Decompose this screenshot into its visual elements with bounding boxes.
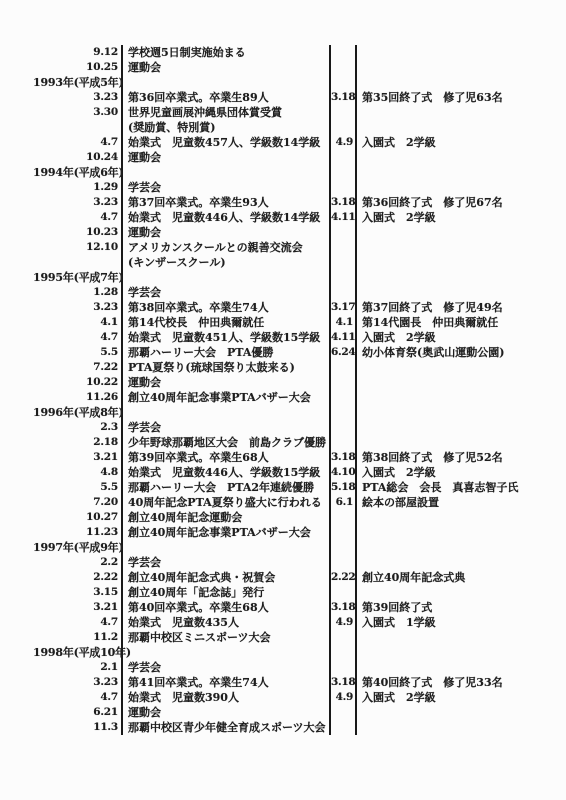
left-event-text: 始業式 児童数390人 (123, 690, 331, 705)
right-event-text (357, 255, 566, 270)
left-date-cell: 12.10 (0, 240, 123, 255)
right-date-cell (331, 525, 357, 540)
left-date-cell: 2.18 (0, 435, 123, 450)
right-date-cell (331, 120, 357, 135)
right-event-text (357, 585, 566, 600)
left-date-cell: 3.21 (0, 450, 123, 465)
right-date-cell (331, 585, 357, 600)
right-event-text: 第40回終了式 修了児33名 (357, 675, 566, 690)
right-date-cell (331, 285, 357, 300)
event-row: 11.2那覇中校区ミニスポーツ大会 (0, 630, 566, 645)
left-event-text: 第37回卒業式。卒業生93人 (123, 195, 331, 210)
left-date-cell (0, 120, 123, 135)
right-date-cell (331, 660, 357, 675)
left-date-cell: 2.2 (0, 555, 123, 570)
right-date-cell (331, 375, 357, 390)
right-date-cell (331, 555, 357, 570)
event-row: 3.23第36回卒業式。卒業生89人3.18第35回終了式 修了児63名 (0, 90, 566, 105)
right-event-text: 創立40周年記念式典 (357, 570, 566, 585)
left-event-text: 創立40周年記念運動会 (123, 510, 331, 525)
right-date-cell (331, 60, 357, 75)
event-row: 7.22PTA夏祭り(琉球国祭り太鼓来る) (0, 360, 566, 375)
right-event-text (357, 420, 566, 435)
right-event-text (357, 555, 566, 570)
right-event-text (357, 645, 566, 660)
left-event-text: 学芸会 (123, 555, 331, 570)
left-event-text: (奨励賞、特別賞) (123, 120, 331, 135)
event-row: 5.5那覇ハーリー大会 PTA2年連続優勝5.18PTA総会 会長 真喜志智子氏 (0, 480, 566, 495)
left-event-text: 那覇ハーリー大会 PTA2年連続優勝 (123, 480, 331, 495)
left-date-cell: 7.20 (0, 495, 123, 510)
event-row: 2.1学芸会 (0, 660, 566, 675)
left-event-text: 第36回卒業式。卒業生89人 (123, 90, 331, 105)
left-date-cell: 5.5 (0, 345, 123, 360)
right-date-cell: 4.11 (331, 330, 357, 345)
right-event-text (357, 375, 566, 390)
left-date-cell: 1.28 (0, 285, 123, 300)
left-event-text: 世界児童画展沖縄県団体賞受賞 (123, 105, 331, 120)
left-date-cell: 9.12 (0, 45, 123, 60)
right-event-text (357, 390, 566, 405)
event-row: 7.2040周年記念PTA夏祭り盛大に行われる6.1絵本の部屋設置 (0, 495, 566, 510)
right-event-text (357, 240, 566, 255)
right-event-text (357, 225, 566, 240)
right-date-cell: 4.9 (331, 135, 357, 150)
left-date-cell: 3.23 (0, 90, 123, 105)
event-row: 3.15創立40周年「記念誌」発行 (0, 585, 566, 600)
left-date-cell: 4.7 (0, 330, 123, 345)
left-event-text: 創立40周年記念式典・祝賀会 (123, 570, 331, 585)
right-event-text (357, 435, 566, 450)
right-date-cell: 2.22 (331, 570, 357, 585)
event-row: 3.21第39回卒業式。卒業生68人3.18第38回終了式 修了児52名 (0, 450, 566, 465)
event-row: 4.1第14代校長 仲田典爾就任4.1第14代園長 仲田典爾就任 (0, 315, 566, 330)
year-label: 1994年(平成6年) (0, 165, 123, 180)
right-date-cell: 6.24 (331, 345, 357, 360)
right-date-cell (331, 705, 357, 720)
right-event-text (357, 705, 566, 720)
left-date-cell: 11.3 (0, 720, 123, 735)
left-date-cell: 10.25 (0, 60, 123, 75)
event-row: 5.5那覇ハーリー大会 PTA優勝6.24幼小体育祭(奥武山運動公園) (0, 345, 566, 360)
year-header-row: 1995年(平成7年) (0, 270, 566, 285)
event-row: 12.10アメリカンスクールとの親善交流会 (0, 240, 566, 255)
year-label: 1993年(平成5年) (0, 75, 123, 90)
event-row: 4.7始業式 児童数457人、学級数14学級4.9入園式 2学級 (0, 135, 566, 150)
event-row: 1.28学芸会 (0, 285, 566, 300)
left-date-cell: 7.22 (0, 360, 123, 375)
right-event-text: 入園式 2学級 (357, 210, 566, 225)
left-date-cell: 3.23 (0, 300, 123, 315)
event-row: 3.23第37回卒業式。卒業生93人3.18第36回終了式 修了児67名 (0, 195, 566, 210)
left-event-text: 第14代校長 仲田典爾就任 (123, 315, 331, 330)
left-event-text: 学芸会 (123, 660, 331, 675)
left-date-cell: 10.24 (0, 150, 123, 165)
right-event-text (357, 630, 566, 645)
left-event-text: 運動会 (123, 375, 331, 390)
year-header-row: 1996年(平成8年) (0, 405, 566, 420)
left-date-cell: 4.7 (0, 135, 123, 150)
left-event-text: 運動会 (123, 705, 331, 720)
right-date-cell (331, 75, 357, 90)
left-event-text: 始業式 児童数451人、学級数15学級 (123, 330, 331, 345)
left-event-text: 運動会 (123, 225, 331, 240)
right-event-text: 第36回終了式 修了児67名 (357, 195, 566, 210)
right-date-cell (331, 540, 357, 555)
right-date-cell: 3.18 (331, 90, 357, 105)
left-event-text: 始業式 児童数446人、学級数15学級 (123, 465, 331, 480)
left-date-cell: 4.7 (0, 615, 123, 630)
left-event-text: 運動会 (123, 60, 331, 75)
event-row: (キンザースクール) (0, 255, 566, 270)
left-event-text: 第40回卒業式。卒業生68人 (123, 600, 331, 615)
year-label: 1998年(平成10年) (0, 645, 123, 660)
right-date-cell (331, 270, 357, 285)
year-label: 1995年(平成7年) (0, 270, 123, 285)
right-date-cell: 3.18 (331, 600, 357, 615)
left-date-cell: 3.23 (0, 675, 123, 690)
right-date-cell (331, 510, 357, 525)
event-row: 10.23運動会 (0, 225, 566, 240)
left-event-text (123, 75, 331, 90)
right-date-cell (331, 420, 357, 435)
year-label: 1997年(平成9年) (0, 540, 123, 555)
left-event-text: 学芸会 (123, 180, 331, 195)
right-event-text (357, 75, 566, 90)
left-event-text: 学校週5日制実施始まる (123, 45, 331, 60)
event-row: 2.2学芸会 (0, 555, 566, 570)
event-row: 4.7始業式 児童数451人、学級数15学級4.11入園式 2学級 (0, 330, 566, 345)
left-event-text: 第38回卒業式。卒業生74人 (123, 300, 331, 315)
left-date-cell: 11.26 (0, 390, 123, 405)
left-event-text: (キンザースクール) (123, 255, 331, 270)
event-row: 11.26創立40周年記念事業PTAバザー大会 (0, 390, 566, 405)
right-event-text (357, 360, 566, 375)
right-date-cell: 4.11 (331, 210, 357, 225)
left-event-text: 創立40周年記念事業PTAバザー大会 (123, 390, 331, 405)
left-date-cell: 3.23 (0, 195, 123, 210)
right-date-cell (331, 45, 357, 60)
left-date-cell: 10.27 (0, 510, 123, 525)
right-date-cell (331, 435, 357, 450)
right-date-cell (331, 390, 357, 405)
event-row: 11.3那覇中校区青少年健全育成スポーツ大会 (0, 720, 566, 735)
right-event-text (357, 150, 566, 165)
left-date-cell: 11.2 (0, 630, 123, 645)
right-date-cell (331, 630, 357, 645)
right-event-text: 幼小体育祭(奥武山運動公園) (357, 345, 566, 360)
left-date-cell: 6.21 (0, 705, 123, 720)
event-row: 4.7始業式 児童数446人、学級数14学級4.11入園式 2学級 (0, 210, 566, 225)
event-row: (奨励賞、特別賞) (0, 120, 566, 135)
left-event-text (123, 270, 331, 285)
left-event-text: PTA夏祭り(琉球国祭り太鼓来る) (123, 360, 331, 375)
event-row: 10.27創立40周年記念運動会 (0, 510, 566, 525)
left-date-cell: 4.7 (0, 690, 123, 705)
right-date-cell: 3.18 (331, 195, 357, 210)
left-event-text: 創立40周年「記念誌」発行 (123, 585, 331, 600)
left-date-cell (0, 255, 123, 270)
event-row: 2.18少年野球那覇地区大会 前島クラブ優勝 (0, 435, 566, 450)
right-event-text (357, 660, 566, 675)
chronology-table: 9.12学校週5日制実施始まる10.25運動会1993年(平成5年)3.23第3… (0, 45, 566, 735)
left-event-text: 創立40周年記念事業PTAバザー大会 (123, 525, 331, 540)
year-header-row: 1993年(平成5年) (0, 75, 566, 90)
right-date-cell (331, 240, 357, 255)
right-date-cell: 4.9 (331, 690, 357, 705)
right-date-cell (331, 105, 357, 120)
left-date-cell: 5.5 (0, 480, 123, 495)
left-date-cell: 4.7 (0, 210, 123, 225)
right-event-text: 入園式 2学級 (357, 330, 566, 345)
left-event-text: 始業式 児童数446人、学級数14学級 (123, 210, 331, 225)
right-date-cell (331, 360, 357, 375)
right-event-text: 入園式 2学級 (357, 465, 566, 480)
right-event-text: 第35回終了式 修了児63名 (357, 90, 566, 105)
left-event-text: 第39回卒業式。卒業生68人 (123, 450, 331, 465)
event-row: 6.21運動会 (0, 705, 566, 720)
right-date-cell: 3.18 (331, 450, 357, 465)
event-row: 2.3学芸会 (0, 420, 566, 435)
year-header-row: 1994年(平成6年) (0, 165, 566, 180)
right-event-text (357, 285, 566, 300)
right-date-cell: 3.17 (331, 300, 357, 315)
right-event-text: 第14代園長 仲田典爾就任 (357, 315, 566, 330)
right-event-text (357, 525, 566, 540)
left-date-cell: 2.22 (0, 570, 123, 585)
left-event-text: 那覇中校区ミニスポーツ大会 (123, 630, 331, 645)
right-date-cell (331, 225, 357, 240)
right-event-text: 第38回終了式 修了児52名 (357, 450, 566, 465)
right-event-text (357, 45, 566, 60)
event-row: 1.29学芸会 (0, 180, 566, 195)
right-date-cell: 4.1 (331, 315, 357, 330)
left-event-text: 那覇ハーリー大会 PTA優勝 (123, 345, 331, 360)
left-date-cell: 3.15 (0, 585, 123, 600)
left-date-cell: 3.30 (0, 105, 123, 120)
left-event-text: 那覇中校区青少年健全育成スポーツ大会 (123, 720, 331, 735)
right-date-cell: 4.9 (331, 615, 357, 630)
event-row: 3.21第40回卒業式。卒業生68人3.18第39回終了式 (0, 600, 566, 615)
left-event-text: 40周年記念PTA夏祭り盛大に行われる (123, 495, 331, 510)
right-date-cell (331, 405, 357, 420)
left-event-text (123, 405, 331, 420)
left-date-cell: 2.1 (0, 660, 123, 675)
right-date-cell (331, 255, 357, 270)
right-event-text: 入園式 2学級 (357, 135, 566, 150)
right-event-text (357, 510, 566, 525)
event-row: 10.22運動会 (0, 375, 566, 390)
event-row: 4.7始業式 児童数390人4.9入園式 2学級 (0, 690, 566, 705)
event-row: 10.25運動会 (0, 60, 566, 75)
event-row: 11.23創立40周年記念事業PTAバザー大会 (0, 525, 566, 540)
right-event-text: 第39回終了式 (357, 600, 566, 615)
left-event-text: 学芸会 (123, 420, 331, 435)
right-date-cell (331, 165, 357, 180)
right-date-cell: 6.1 (331, 495, 357, 510)
event-row: 3.30世界児童画展沖縄県団体賞受賞 (0, 105, 566, 120)
right-event-text (357, 165, 566, 180)
right-event-text (357, 270, 566, 285)
left-event-text (123, 165, 331, 180)
right-date-cell: 4.10 (331, 465, 357, 480)
left-event-text: 少年野球那覇地区大会 前島クラブ優勝 (123, 435, 331, 450)
left-event-text: 第41回卒業式。卒業生74人 (123, 675, 331, 690)
year-header-row: 1998年(平成10年) (0, 645, 566, 660)
left-date-cell: 4.8 (0, 465, 123, 480)
left-event-text: 始業式 児童数435人 (123, 615, 331, 630)
left-event-text: 学芸会 (123, 285, 331, 300)
right-date-cell (331, 720, 357, 735)
left-date-cell: 4.1 (0, 315, 123, 330)
event-row: 3.23第41回卒業式。卒業生74人3.18第40回終了式 修了児33名 (0, 675, 566, 690)
event-row: 4.7始業式 児童数435人4.9入園式 1学級 (0, 615, 566, 630)
event-row: 4.8始業式 児童数446人、学級数15学級4.10入園式 2学級 (0, 465, 566, 480)
right-event-text: PTA総会 会長 真喜志智子氏 (357, 480, 566, 495)
right-event-text (357, 105, 566, 120)
right-date-cell (331, 645, 357, 660)
left-date-cell: 2.3 (0, 420, 123, 435)
right-date-cell (331, 180, 357, 195)
right-date-cell: 3.18 (331, 675, 357, 690)
right-event-text (357, 120, 566, 135)
left-event-text: 始業式 児童数457人、学級数14学級 (123, 135, 331, 150)
right-event-text (357, 180, 566, 195)
right-event-text: 絵本の部屋設置 (357, 495, 566, 510)
event-row: 3.23第38回卒業式。卒業生74人3.17第37回終了式 修了児49名 (0, 300, 566, 315)
event-row: 10.24運動会 (0, 150, 566, 165)
left-event-text: アメリカンスクールとの親善交流会 (123, 240, 331, 255)
year-label: 1996年(平成8年) (0, 405, 123, 420)
right-event-text: 入園式 2学級 (357, 690, 566, 705)
right-event-text (357, 540, 566, 555)
event-row: 2.22創立40周年記念式典・祝賀会2.22創立40周年記念式典 (0, 570, 566, 585)
right-date-cell (331, 150, 357, 165)
left-event-text: 運動会 (123, 150, 331, 165)
right-event-text (357, 60, 566, 75)
year-header-row: 1997年(平成9年) (0, 540, 566, 555)
right-event-text (357, 720, 566, 735)
right-event-text: 入園式 1学級 (357, 615, 566, 630)
document-page: 9.12学校週5日制実施始まる10.25運動会1993年(平成5年)3.23第3… (0, 0, 566, 800)
left-date-cell: 3.21 (0, 600, 123, 615)
left-event-text (123, 540, 331, 555)
event-row: 9.12学校週5日制実施始まる (0, 45, 566, 60)
right-date-cell: 5.18 (331, 480, 357, 495)
left-event-text (123, 645, 331, 660)
left-date-cell: 10.23 (0, 225, 123, 240)
left-date-cell: 1.29 (0, 180, 123, 195)
left-date-cell: 10.22 (0, 375, 123, 390)
right-event-text: 第37回終了式 修了児49名 (357, 300, 566, 315)
left-date-cell: 11.23 (0, 525, 123, 540)
right-event-text (357, 405, 566, 420)
